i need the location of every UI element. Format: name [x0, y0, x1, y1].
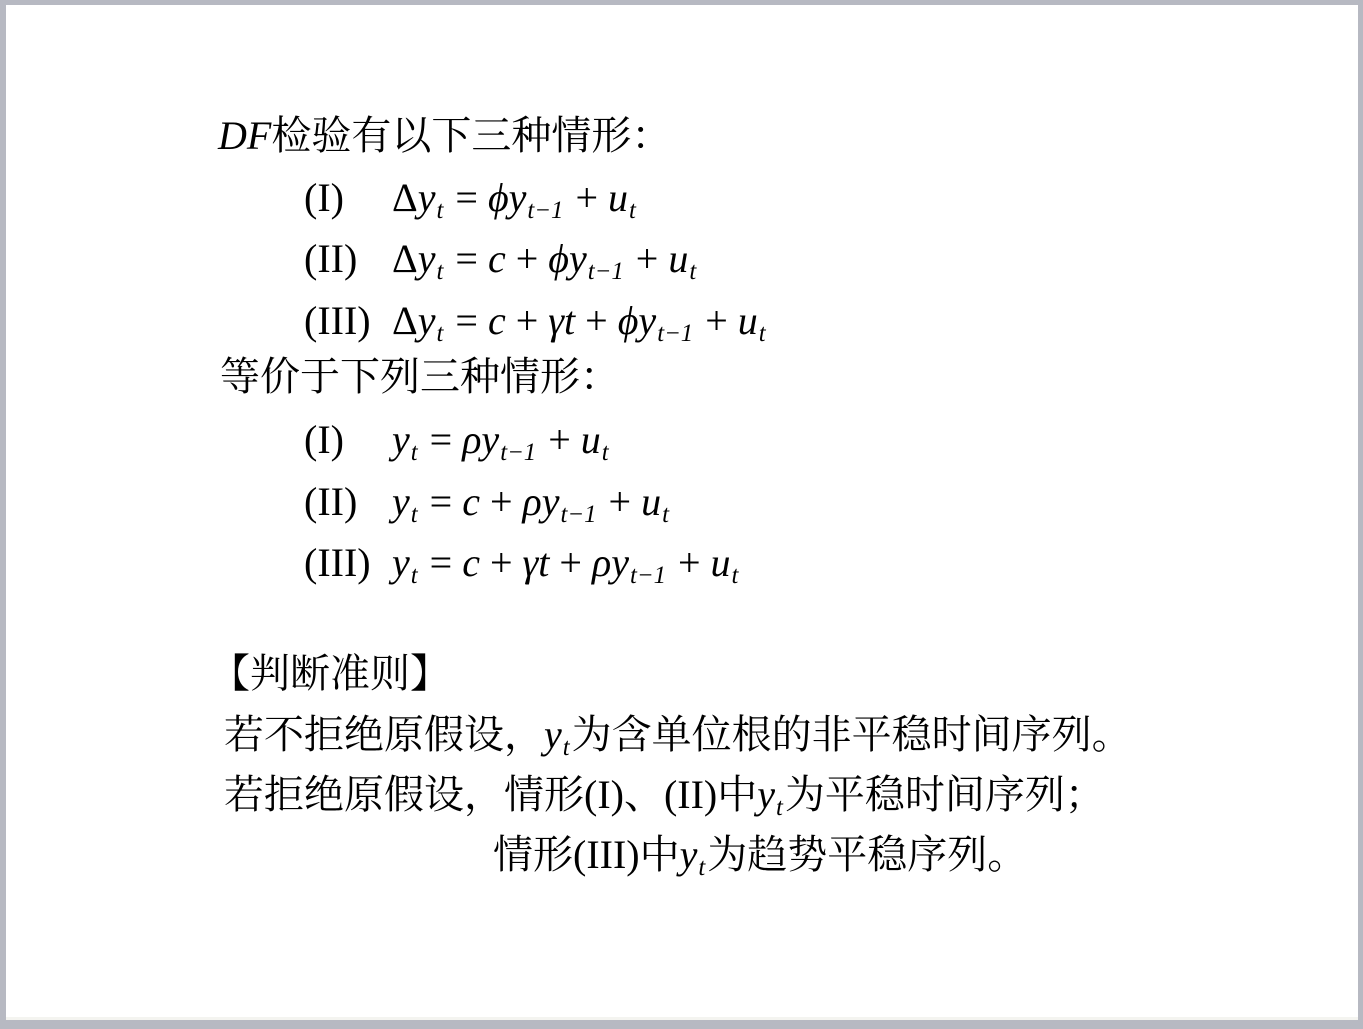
text-run: Δ — [392, 298, 418, 343]
equation-row-df-1: (I)Δyt = ϕyt−1 + ut — [304, 175, 638, 221]
text-run: = — [445, 175, 488, 220]
equation-label: (I) — [304, 175, 392, 221]
equation-label: (III) — [304, 540, 392, 586]
subscript: t — [411, 439, 418, 466]
text-run: y — [544, 712, 562, 757]
text-run: ϕ — [488, 175, 509, 220]
equation-label: (III) — [304, 298, 392, 344]
text-run: c — [488, 236, 506, 281]
text-run: 若拒绝原假设，情形 — [224, 772, 584, 817]
text-run: u — [641, 479, 661, 524]
subscript: t−1 — [500, 439, 536, 466]
text-run: u — [581, 417, 601, 462]
text-run: + — [626, 236, 669, 281]
text-run: y — [509, 175, 527, 220]
subscript: t — [776, 794, 783, 821]
text-run: y — [418, 175, 436, 220]
equation-row-eq-1: (I)yt = ρyt−1 + ut — [304, 417, 611, 463]
text-run: ρ — [523, 479, 542, 524]
text-run: u — [608, 175, 628, 220]
judgment-line-reject: 若拒绝原假设，情形(I)、(II)中yt为平稳时间序列； — [224, 772, 1105, 818]
text-run: 【判断准则】 — [210, 651, 450, 696]
equation-row-df-3: (III)Δyt = c + γt + ϕyt−1 + ut — [304, 298, 768, 344]
subscript: t — [689, 258, 696, 285]
equation-formula: Δyt = c + γt + ϕyt−1 + ut — [392, 298, 768, 343]
text-run: y — [481, 417, 499, 462]
subscript: t — [437, 320, 444, 347]
subscript: t — [662, 501, 669, 528]
text-run: c — [462, 479, 480, 524]
subscript: t — [602, 439, 609, 466]
text-run: y — [611, 540, 629, 585]
text-run: (III) — [573, 832, 640, 877]
subscript: t — [563, 734, 570, 761]
text-run: ϕ — [548, 236, 569, 281]
text-run: y — [392, 479, 410, 524]
subscript: t−1 — [527, 197, 563, 224]
text-run: = — [420, 540, 463, 585]
text-run: 、 — [624, 772, 664, 817]
text-run: + — [565, 175, 608, 220]
text-run: 中 — [717, 772, 757, 817]
text-run: 等价于下列三种情形： — [220, 354, 620, 399]
equation-row-eq-2: (II)yt = c + ρyt−1 + ut — [304, 479, 671, 525]
text-run: 情形 — [493, 832, 573, 877]
equation-row-df-2: (II)Δyt = c + ϕyt−1 + ut — [304, 236, 698, 282]
text-run: 若不拒绝原假设， — [224, 712, 544, 757]
text-run: c — [462, 540, 480, 585]
slide-page: DF检验有以下三种情形： (I)Δyt = ϕyt−1 + ut (II)Δyt… — [6, 5, 1358, 1020]
section1-title: DF检验有以下三种情形： — [218, 113, 671, 159]
text-run: 检验有以下三种情形： — [271, 113, 671, 158]
text-run: DF — [218, 113, 271, 158]
subscript: t−1 — [561, 501, 597, 528]
text-run: 为趋势平稳序列。 — [707, 832, 1027, 877]
text-run: y — [418, 236, 436, 281]
text-run: ρ — [592, 540, 611, 585]
subscript: t — [759, 320, 766, 347]
text-run: + — [480, 479, 523, 524]
subscript: t−1 — [630, 562, 666, 589]
text-run: y — [392, 540, 410, 585]
text-run: u — [668, 236, 688, 281]
subscript: t−1 — [588, 258, 624, 285]
text-run: = — [445, 298, 488, 343]
text-run: ρ — [462, 417, 481, 462]
subscript: t — [437, 258, 444, 285]
text-run: 为含单位根的非平稳时间序列。 — [572, 712, 1132, 757]
text-run: + — [549, 540, 592, 585]
text-run: + — [480, 540, 523, 585]
text-run: Δ — [392, 236, 418, 281]
equation-label: (I) — [304, 417, 392, 463]
text-run: c — [488, 298, 506, 343]
equation-formula: Δyt = ϕyt−1 + ut — [392, 175, 638, 220]
text-run: y — [680, 832, 698, 877]
slide-viewer: { "frame": { "outer_background": "#b7b9c… — [0, 0, 1363, 1029]
text-run: y — [638, 298, 656, 343]
text-run: + — [599, 479, 642, 524]
subscript: t — [411, 562, 418, 589]
subscript: t — [698, 854, 705, 881]
section2-title: 等价于下列三种情形： — [220, 354, 620, 400]
equation-formula: yt = ρyt−1 + ut — [392, 417, 611, 462]
judgment-line-case3: 情形(III)中yt为趋势平稳序列。 — [493, 832, 1027, 878]
text-run: y — [569, 236, 587, 281]
text-run: (II) — [664, 772, 717, 817]
text-run: + — [506, 236, 549, 281]
text-run: + — [538, 417, 581, 462]
text-run: γt — [548, 298, 575, 343]
text-run: 为平稳时间序列； — [785, 772, 1105, 817]
equation-label: (II) — [304, 236, 392, 282]
equation-formula: Δyt = c + ϕyt−1 + ut — [392, 236, 698, 281]
text-run: + — [575, 298, 618, 343]
subscript: t−1 — [657, 320, 693, 347]
text-run: y — [418, 298, 436, 343]
equation-label: (II) — [304, 479, 392, 525]
text-run: (I) — [584, 772, 624, 817]
text-run: = — [420, 479, 463, 524]
equation-row-eq-3: (III)yt = c + γt + ρyt−1 + ut — [304, 540, 740, 586]
equation-formula: yt = c + γt + ρyt−1 + ut — [392, 540, 740, 585]
text-run: u — [738, 298, 758, 343]
text-run: y — [757, 772, 775, 817]
subscript: t — [732, 562, 739, 589]
subscript: t — [411, 501, 418, 528]
text-run: + — [506, 298, 549, 343]
text-run: y — [392, 417, 410, 462]
subscript: t — [629, 197, 636, 224]
text-run: = — [420, 417, 463, 462]
text-run: y — [542, 479, 560, 524]
text-run: + — [695, 298, 738, 343]
text-run: 中 — [640, 832, 680, 877]
text-run: = — [445, 236, 488, 281]
judgment-heading: 【判断准则】 — [210, 651, 450, 697]
text-run: u — [711, 540, 731, 585]
subscript: t — [437, 197, 444, 224]
text-run: ϕ — [618, 298, 639, 343]
text-run: Δ — [392, 175, 418, 220]
text-run: + — [668, 540, 711, 585]
judgment-line-not-reject: 若不拒绝原假设，yt为含单位根的非平稳时间序列。 — [224, 712, 1132, 758]
text-run: γt — [523, 540, 550, 585]
equation-formula: yt = c + ρyt−1 + ut — [392, 479, 671, 524]
